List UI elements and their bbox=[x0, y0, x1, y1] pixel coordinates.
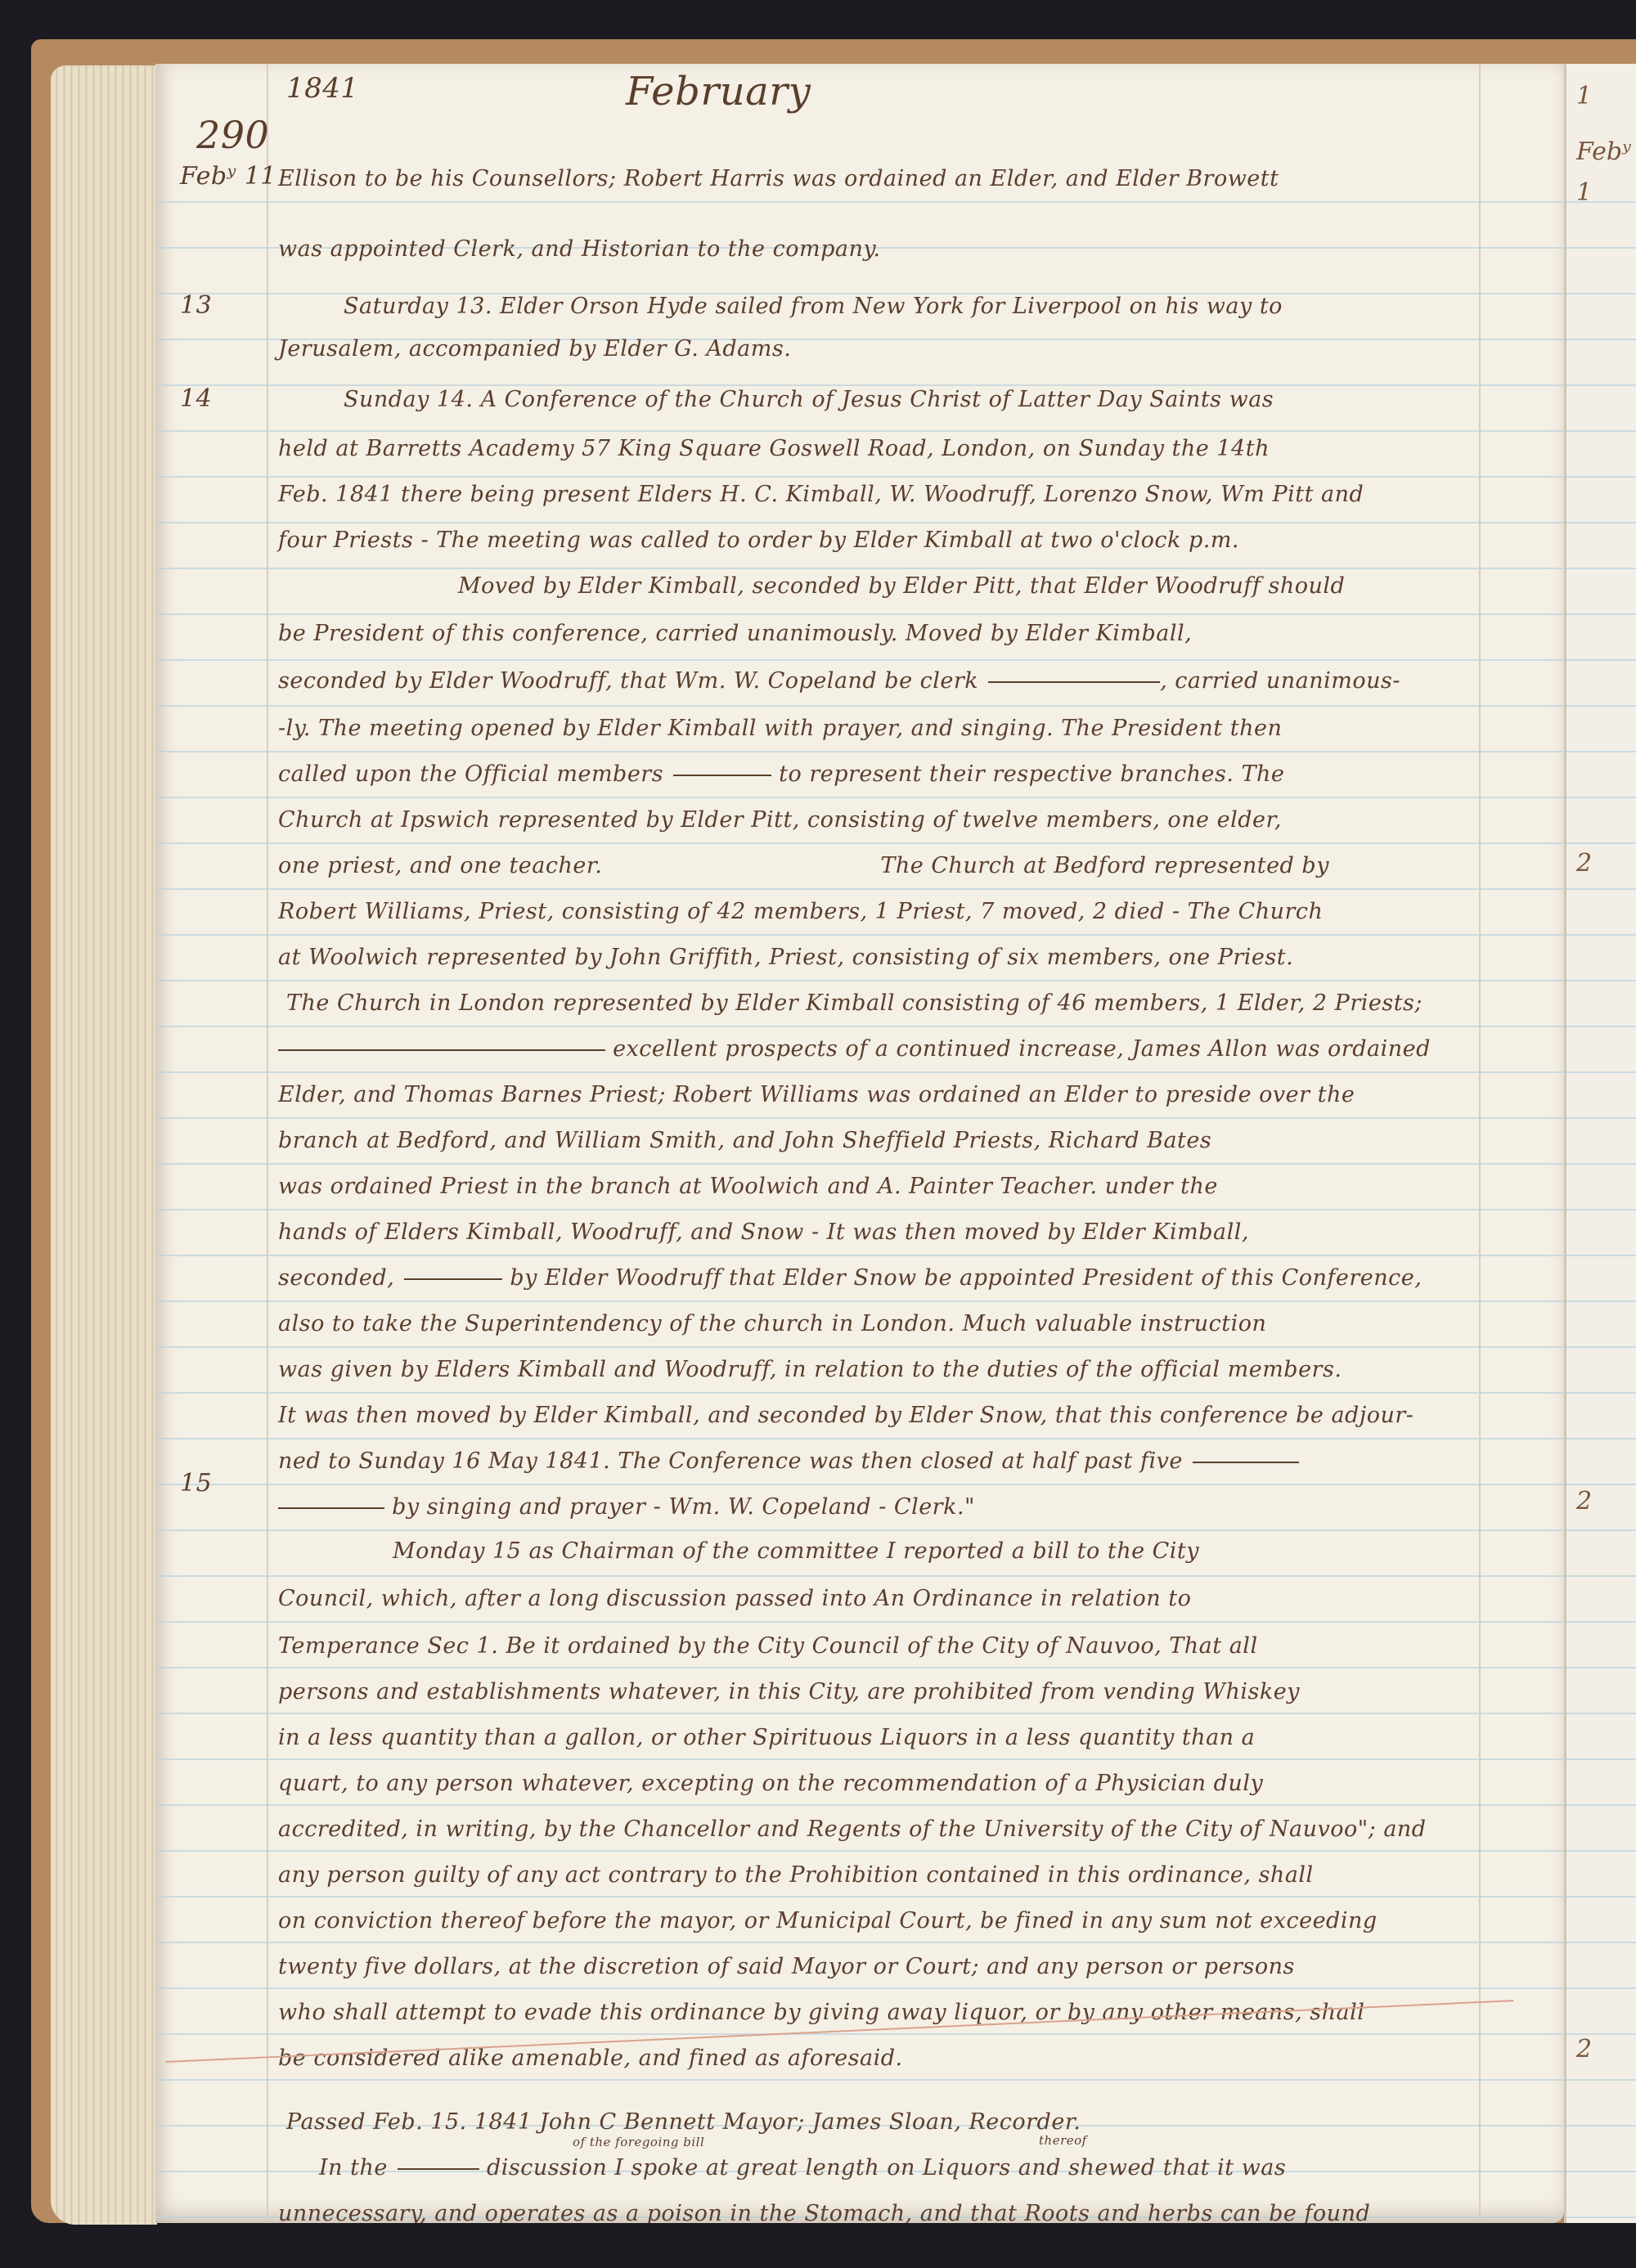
text-line: seconded, by Elder Woodruff that Elder S… bbox=[278, 1264, 1422, 1292]
ruled-line bbox=[1566, 613, 1636, 615]
ruled-line bbox=[1566, 522, 1636, 523]
line-text: be President of this conference, carried… bbox=[278, 621, 1192, 646]
line-text: was appointed Clerk, and Historian to th… bbox=[278, 236, 881, 262]
text-line: on conviction thereof before the mayor, … bbox=[278, 1907, 1378, 1935]
ruled-line bbox=[1566, 2079, 1636, 2081]
ruled-line bbox=[155, 613, 1564, 615]
ruled-line bbox=[1566, 1071, 1636, 1073]
text-line: Ellison to be his Counsellors; Robert Ha… bbox=[278, 165, 1279, 193]
text-line: four Priests - The meeting was called to… bbox=[278, 527, 1239, 555]
heading-year: 1841 bbox=[286, 72, 359, 105]
text-line: Saturday 13. Elder Orson Hyde sailed fro… bbox=[344, 293, 1283, 321]
ruled-line bbox=[155, 1529, 1564, 1531]
ruled-line bbox=[1566, 384, 1636, 386]
ruled-line bbox=[155, 1346, 1564, 1348]
line-text: held at Barretts Academy 57 King Square … bbox=[278, 436, 1270, 461]
line-text: four Priests - The meeting was called to… bbox=[278, 528, 1239, 553]
ruled-line bbox=[1566, 1438, 1636, 1439]
blank-dash bbox=[988, 681, 1160, 683]
text-line: Robert Williams, Priest, consisting of 4… bbox=[278, 898, 1323, 926]
ruled-line bbox=[155, 1484, 1564, 1485]
ruled-line bbox=[155, 568, 1564, 569]
line-text: In the bbox=[319, 2155, 388, 2180]
ruled-line bbox=[1566, 1575, 1636, 1577]
ruled-line bbox=[1566, 659, 1636, 661]
blank-dash bbox=[1193, 1462, 1299, 1463]
line-text: Church at Ipswich represented by Elder P… bbox=[278, 807, 1282, 833]
text-line: one priest, and one teacher.The Church a… bbox=[278, 852, 1329, 880]
text-line: by singing and prayer - Wm. W. Copeland … bbox=[278, 1493, 975, 1521]
ruled-line bbox=[1566, 1713, 1636, 1714]
text-line: Jerusalem, accompanied by Elder G. Adams… bbox=[278, 335, 791, 363]
line-text: branch at Bedford, and William Smith, an… bbox=[278, 1128, 1211, 1153]
ruled-line bbox=[1566, 1026, 1636, 1027]
ruled-line bbox=[1566, 1529, 1636, 1531]
ruled-line bbox=[155, 1071, 1564, 1073]
ruled-line bbox=[155, 1621, 1564, 1623]
ruled-line bbox=[155, 1850, 1564, 1852]
ruled-line bbox=[1566, 1255, 1636, 1256]
text-line: seconded by Elder Woodruff, that Wm. W. … bbox=[278, 667, 1400, 695]
line-text: one priest, and one teacher. bbox=[278, 853, 602, 878]
ruled-line bbox=[1566, 2216, 1636, 2218]
line-text-continued: excellent prospects of a continued incre… bbox=[605, 1036, 1431, 1062]
line-text: Passed Feb. 15. 1841 John C Bennett Mayo… bbox=[286, 2109, 1081, 2135]
ruled-line bbox=[155, 2079, 1564, 2081]
ruled-line bbox=[1566, 1300, 1636, 1302]
text-line: called upon the Official members to repr… bbox=[278, 761, 1284, 788]
line-text: Elder, and Thomas Barnes Priest; Robert … bbox=[278, 1082, 1355, 1107]
ruled-line bbox=[155, 1713, 1564, 1714]
line-text: seconded by Elder Woodruff, that Wm. W. … bbox=[278, 668, 978, 694]
margin-date: 14 bbox=[180, 384, 212, 413]
ruled-line bbox=[155, 522, 1564, 523]
ruled-line bbox=[1566, 1163, 1636, 1165]
ruled-line bbox=[155, 1209, 1564, 1210]
text-line: Elder, and Thomas Barnes Priest; Robert … bbox=[278, 1081, 1355, 1109]
line-text-continued: The Church at Bedford represented by bbox=[880, 853, 1329, 878]
line-text: Feb. 1841 there being present Elders H. … bbox=[278, 482, 1364, 507]
ruled-line bbox=[155, 1392, 1564, 1394]
ruled-line bbox=[155, 1163, 1564, 1165]
ruled-line bbox=[155, 1758, 1564, 1760]
ruled-line bbox=[155, 1026, 1564, 1027]
ruled-line bbox=[155, 1896, 1564, 1897]
text-line: also to take the Superintendency of the … bbox=[278, 1310, 1266, 1338]
ruled-line bbox=[155, 1575, 1564, 1577]
margin-date: 15 bbox=[180, 1469, 212, 1498]
ruled-line bbox=[1566, 705, 1636, 707]
facing-page-fragment: 2 bbox=[1576, 1487, 1592, 1516]
text-line: was given by Elders Kimball and Woodruff… bbox=[278, 1356, 1342, 1384]
manuscript-page: 290 1841 February Febʸ 11131415 Ellison … bbox=[155, 64, 1564, 2223]
line-text: was ordained Priest in the branch at Woo… bbox=[278, 1174, 1218, 1199]
ruled-line bbox=[1566, 1392, 1636, 1394]
ruled-line bbox=[1566, 751, 1636, 752]
ruled-line bbox=[1566, 568, 1636, 569]
text-line: unnecessary, and operates as a poison in… bbox=[278, 2200, 1370, 2223]
ruled-line bbox=[155, 1804, 1564, 1806]
text-line: was appointed Clerk, and Historian to th… bbox=[278, 236, 881, 263]
line-text: seconded, bbox=[278, 1265, 394, 1291]
ruled-line bbox=[1566, 1117, 1636, 1119]
ruled-line bbox=[155, 2033, 1564, 2035]
facing-page-fragment: 1 bbox=[1576, 82, 1592, 110]
line-text: hands of Elders Kimball, Woodruff, and S… bbox=[278, 1219, 1249, 1245]
line-text: Temperance Sec 1. Be it ordained by the … bbox=[278, 1633, 1258, 1659]
line-text: at Woolwich represented by John Griffith… bbox=[278, 945, 1293, 970]
line-text: -ly. The meeting opened by Elder Kimball… bbox=[278, 716, 1282, 741]
text-line: Moved by Elder Kimball, seconded by Elde… bbox=[458, 573, 1345, 600]
facing-page-fragment: Febʸ bbox=[1576, 137, 1631, 166]
ruled-line bbox=[155, 201, 1564, 203]
line-text: Moved by Elder Kimball, seconded by Elde… bbox=[458, 573, 1345, 599]
ruled-line bbox=[155, 934, 1564, 936]
ruled-line bbox=[1566, 842, 1636, 844]
line-text: called upon the Official members bbox=[278, 761, 663, 787]
line-text: be considered alike amenable, and fined … bbox=[278, 2046, 903, 2071]
ruled-line bbox=[1566, 1621, 1636, 1623]
ruled-line bbox=[1566, 1484, 1636, 1485]
ruled-line bbox=[1566, 293, 1636, 294]
line-text: The Church in London represented by Elde… bbox=[286, 990, 1423, 1016]
line-text: Monday 15 as Chairman of the committee I… bbox=[393, 1538, 1199, 1564]
ruled-line bbox=[1566, 1209, 1636, 1210]
interlinear-insertion: thereof bbox=[1039, 2133, 1087, 2148]
page-number: 290 bbox=[196, 113, 269, 157]
line-text-continued: , carried unanimous- bbox=[1160, 668, 1400, 694]
ruled-line bbox=[1566, 1987, 1636, 1989]
ruled-line bbox=[155, 476, 1564, 478]
ruled-line bbox=[155, 842, 1564, 844]
ruled-line bbox=[155, 1987, 1564, 1989]
ruled-line bbox=[155, 430, 1564, 432]
ruled-line bbox=[155, 1300, 1564, 1302]
text-line: Sunday 14. A Conference of the Church of… bbox=[344, 386, 1274, 414]
line-text: Jerusalem, accompanied by Elder G. Adams… bbox=[278, 336, 791, 362]
line-text-continued: by Elder Woodruff that Elder Snow be app… bbox=[502, 1265, 1422, 1291]
ruled-line bbox=[155, 705, 1564, 707]
line-text: in a less quantity than a gallon, or oth… bbox=[278, 1725, 1255, 1750]
ruled-line bbox=[155, 1117, 1564, 1119]
text-line: who shall attempt to evade this ordinanc… bbox=[278, 1999, 1364, 2027]
ruled-line bbox=[155, 1942, 1564, 1943]
text-line: twenty five dollars, at the discretion o… bbox=[278, 1953, 1295, 1981]
line-text: ned to Sunday 16 May 1841. The Conferenc… bbox=[278, 1448, 1183, 1474]
line-text: on conviction thereof before the mayor, … bbox=[278, 1908, 1378, 1933]
ruled-line bbox=[1566, 1804, 1636, 1806]
line-text: It was then moved by Elder Kimball, and … bbox=[278, 1403, 1414, 1428]
text-line: hands of Elders Kimball, Woodruff, and S… bbox=[278, 1219, 1249, 1246]
line-text: accredited, in writing, by the Chancello… bbox=[278, 1817, 1427, 1842]
line-text: also to take the Superintendency of the … bbox=[278, 1311, 1266, 1336]
blank-dash bbox=[278, 1049, 605, 1051]
ruled-line bbox=[155, 1667, 1564, 1668]
blank-dash bbox=[278, 1507, 384, 1509]
interlinear-insertion: of the foregoing bill bbox=[573, 2135, 704, 2149]
text-line: persons and establishments whatever, in … bbox=[278, 1678, 1300, 1706]
ruled-line bbox=[1566, 980, 1636, 981]
facing-page-fragment: 2 bbox=[1576, 2035, 1592, 2064]
text-line: be considered alike amenable, and fined … bbox=[278, 2045, 903, 2073]
ruled-line bbox=[1566, 1896, 1636, 1897]
ruled-line bbox=[155, 797, 1564, 798]
line-text: persons and establishments whatever, in … bbox=[278, 1679, 1300, 1704]
line-text: any person guilty of any act contrary to… bbox=[278, 1862, 1314, 1888]
text-line: in a less quantity than a gallon, or oth… bbox=[278, 1724, 1255, 1752]
facing-page: 1Febʸ1222 bbox=[1564, 64, 1636, 2223]
ruled-line bbox=[1566, 2171, 1636, 2172]
line-text-continued: discussion I spoke at great length on Li… bbox=[479, 2155, 1286, 2180]
text-line: quart, to any person whatever, excepting… bbox=[278, 1770, 1263, 1798]
line-text: Robert Williams, Priest, consisting of 4… bbox=[278, 899, 1323, 924]
text-line: Passed Feb. 15. 1841 John C Bennett Mayo… bbox=[286, 2109, 1081, 2136]
text-line: excellent prospects of a continued incre… bbox=[278, 1035, 1431, 1063]
text-line: It was then moved by Elder Kimball, and … bbox=[278, 1402, 1414, 1430]
line-text-continued: to represent their respective branches. … bbox=[771, 761, 1284, 787]
margin-date: 13 bbox=[180, 291, 212, 320]
ruled-line bbox=[1566, 1758, 1636, 1760]
blank-dash bbox=[673, 775, 771, 776]
text-line: be President of this conference, carried… bbox=[278, 620, 1192, 648]
margin-date: Febʸ 11 bbox=[180, 162, 276, 191]
line-text: twenty five dollars, at the discretion o… bbox=[278, 1954, 1295, 1979]
blank-dash bbox=[404, 1278, 502, 1280]
ruled-line bbox=[155, 888, 1564, 890]
line-text: unnecessary, and operates as a poison in… bbox=[278, 2201, 1370, 2223]
line-text: Ellison to be his Counsellors; Robert Ha… bbox=[278, 166, 1279, 191]
ruled-line bbox=[1566, 1942, 1636, 1943]
line-text: quart, to any person whatever, excepting… bbox=[278, 1771, 1263, 1796]
text-line: Monday 15 as Chairman of the committee I… bbox=[393, 1538, 1199, 1565]
ruled-line bbox=[1566, 247, 1636, 249]
text-line: ned to Sunday 16 May 1841. The Conferenc… bbox=[278, 1448, 1299, 1475]
ruled-line bbox=[1566, 888, 1636, 890]
line-text-continued: by singing and prayer - Wm. W. Copeland … bbox=[384, 1494, 975, 1520]
ruled-line bbox=[1566, 339, 1636, 340]
page-edges bbox=[51, 65, 157, 2225]
ruled-line bbox=[1566, 934, 1636, 936]
text-line: any person guilty of any act contrary to… bbox=[278, 1862, 1314, 1889]
ruled-line bbox=[1566, 797, 1636, 798]
text-line: Temperance Sec 1. Be it ordained by the … bbox=[278, 1633, 1258, 1660]
left-margin-rule bbox=[267, 64, 268, 2223]
text-line: held at Barretts Academy 57 King Square … bbox=[278, 435, 1270, 463]
facing-page-fragment: 1 bbox=[1576, 178, 1592, 207]
text-line: In the discussion I spoke at great lengt… bbox=[319, 2154, 1286, 2182]
ruled-line bbox=[1566, 1667, 1636, 1668]
text-line: branch at Bedford, and William Smith, an… bbox=[278, 1127, 1211, 1155]
ruled-line bbox=[1566, 430, 1636, 432]
ruled-line bbox=[1566, 1850, 1636, 1852]
right-margin-rule bbox=[1479, 64, 1481, 2223]
facing-page-fragment: 2 bbox=[1576, 849, 1592, 878]
text-line: was ordained Priest in the branch at Woo… bbox=[278, 1173, 1218, 1201]
text-line: Council, which, after a long discussion … bbox=[278, 1585, 1191, 1613]
line-text: was given by Elders Kimball and Woodruff… bbox=[278, 1357, 1342, 1382]
line-text: Sunday 14. A Conference of the Church of… bbox=[344, 387, 1274, 412]
text-line: -ly. The meeting opened by Elder Kimball… bbox=[278, 715, 1282, 743]
text-line: The Church in London represented by Elde… bbox=[286, 990, 1423, 1017]
line-text: Saturday 13. Elder Orson Hyde sailed fro… bbox=[344, 294, 1283, 319]
ruled-line bbox=[1566, 1346, 1636, 1348]
line-text: who shall attempt to evade this ordinanc… bbox=[278, 2000, 1364, 2025]
text-line: Church at Ipswich represented by Elder P… bbox=[278, 806, 1282, 834]
line-text: Council, which, after a long discussion … bbox=[278, 1586, 1191, 1611]
text-line: Feb. 1841 there being present Elders H. … bbox=[278, 481, 1364, 509]
ruled-line bbox=[1566, 476, 1636, 478]
text-line: accredited, in writing, by the Chancello… bbox=[278, 1816, 1427, 1844]
ruled-line bbox=[155, 659, 1564, 661]
ruled-line bbox=[155, 1438, 1564, 1439]
ruled-line bbox=[155, 751, 1564, 752]
ruled-line bbox=[155, 1255, 1564, 1256]
ruled-line bbox=[155, 980, 1564, 981]
ruled-line bbox=[1566, 2125, 1636, 2127]
text-line: at Woolwich represented by John Griffith… bbox=[278, 944, 1293, 972]
heading-month: February bbox=[626, 69, 811, 115]
blank-dash bbox=[398, 2168, 479, 2170]
